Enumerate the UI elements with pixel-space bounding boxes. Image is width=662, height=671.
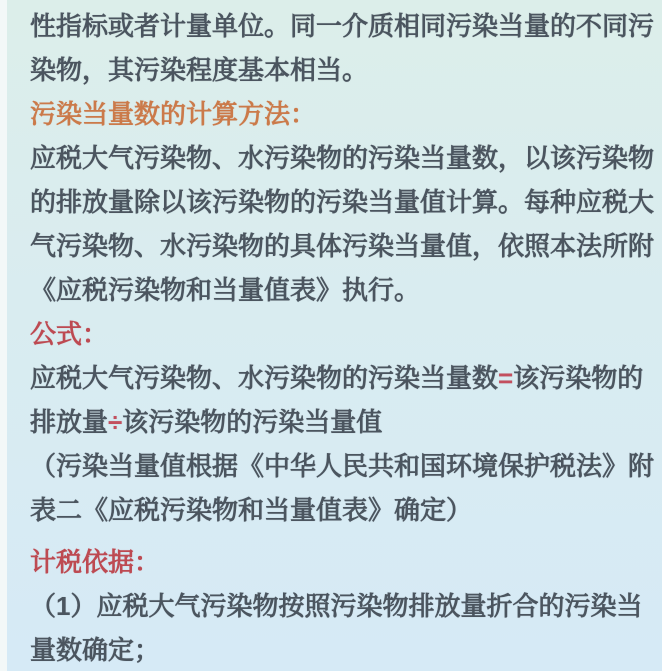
formula-text: 应税大气污染物、水污染物的污染当量数 [30, 363, 498, 393]
text-line: 量数确定； [30, 628, 656, 671]
formula-line-1: 应税大气污染物、水污染物的污染当量数=该污染物的 [30, 356, 656, 400]
text-line: 应税大气污染物、水污染物的污染当量数，以该污染物 [30, 136, 656, 180]
text-line: 《应税污染物和当量值表》执行。 [30, 268, 656, 312]
formula-text: 该污染物的 [513, 363, 643, 393]
heading-formula: 公式： [30, 312, 656, 356]
paragraph-formula: 应税大气污染物、水污染物的污染当量数=该污染物的 排放量÷该污染物的污染当量值 [30, 356, 656, 444]
text-line: 性指标或者计量单位。同一介质相同污染当量的不同污 [30, 4, 656, 48]
article-page: 性指标或者计量单位。同一介质相同污染当量的不同污 染物，其污染程度基本相当。 污… [0, 0, 662, 671]
text-line: （1）应税大气污染物按照污染物排放量折合的污染当 [30, 584, 656, 628]
equals-operator: = [498, 363, 513, 393]
formula-line-2: 排放量÷该污染物的污染当量值 [30, 400, 656, 444]
text-line: 的排放量除以该污染物的污染当量值计算。每种应税大 [30, 180, 656, 224]
article-content: 性指标或者计量单位。同一介质相同污染当量的不同污 染物，其污染程度基本相当。 污… [0, 0, 662, 671]
paragraph-calculation-method: 应税大气污染物、水污染物的污染当量数，以该污染物 的排放量除以该污染物的污染当量… [30, 136, 656, 312]
paragraph-equivalent-value-note: （污染当量值根据《中华人民共和国环境保护税法》附 表二《应税污染物和当量值表》确… [30, 444, 656, 532]
text-line: 表二《应税污染物和当量值表》确定） [30, 488, 656, 532]
heading-tax-basis: 计税依据： [30, 540, 656, 584]
text-line: 气污染物、水污染物的具体污染当量值，依照本法所附 [30, 224, 656, 268]
paragraph-intro: 性指标或者计量单位。同一介质相同污染当量的不同污 染物，其污染程度基本相当。 [30, 4, 656, 92]
division-operator: ÷ [108, 407, 122, 437]
text-line: 染物，其污染程度基本相当。 [30, 48, 656, 92]
formula-text: 排放量 [30, 407, 108, 437]
heading-pollution-equivalent-method: 污染当量数的计算方法： [30, 92, 656, 136]
text-line: （污染当量值根据《中华人民共和国环境保护税法》附 [30, 444, 656, 488]
formula-text: 该污染物的污染当量值 [122, 407, 382, 437]
paragraph-tax-basis-item-1: （1）应税大气污染物按照污染物排放量折合的污染当 量数确定； [30, 584, 656, 671]
